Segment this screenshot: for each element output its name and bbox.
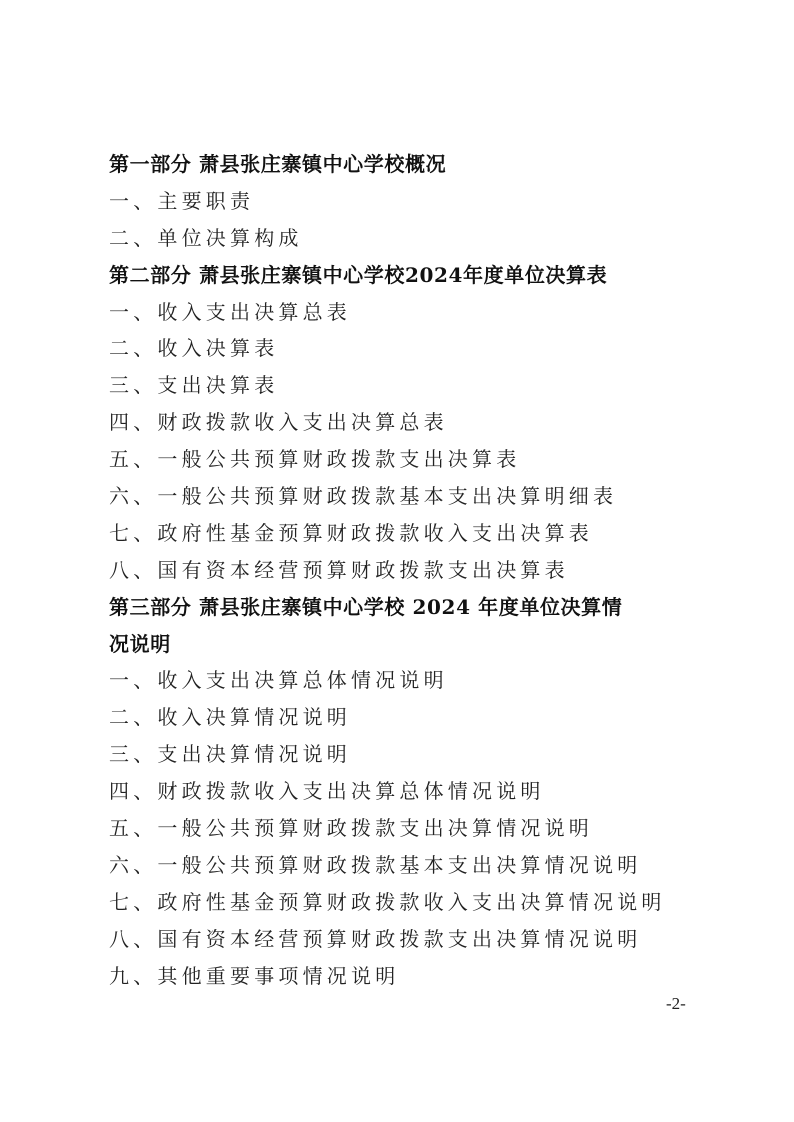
toc-item: 九、其他重要事项情况说明 <box>109 958 709 995</box>
toc-item: 二、收入决算表 <box>109 330 709 367</box>
toc-item: 六、一般公共预算财政拨款基本支出决算情况说明 <box>109 847 709 884</box>
table-of-contents: 第一部分 萧县张庄寨镇中心学校概况 一、主要职责 二、单位决算构成 第二部分 萧… <box>109 146 709 994</box>
toc-item: 三、支出决算情况说明 <box>109 736 709 773</box>
toc-item: 二、收入决算情况说明 <box>109 699 709 736</box>
page-number: -2- <box>666 994 686 1014</box>
toc-item: 一、主要职责 <box>109 183 709 220</box>
toc-part-heading: 第一部分 萧县张庄寨镇中心学校概况 <box>109 146 709 183</box>
toc-item: 七、政府性基金预算财政拨款收入支出决算表 <box>109 515 709 552</box>
document-page: 第一部分 萧县张庄寨镇中心学校概况 一、主要职责 二、单位决算构成 第二部分 萧… <box>0 0 794 1122</box>
toc-item: 八、国有资本经营预算财政拨款支出决算情况说明 <box>109 921 709 958</box>
toc-item: 七、政府性基金预算财政拨款收入支出决算情况说明 <box>109 884 709 921</box>
toc-item: 六、一般公共预算财政拨款基本支出决算明细表 <box>109 478 709 515</box>
toc-item: 五、一般公共预算财政拨款支出决算情况说明 <box>109 810 709 847</box>
toc-item: 二、单位决算构成 <box>109 220 709 257</box>
toc-item: 一、收入支出决算总体情况说明 <box>109 662 709 699</box>
toc-item: 四、财政拨款收入支出决算总表 <box>109 404 709 441</box>
toc-part-heading: 第三部分 萧县张庄寨镇中心学校 2024 年度单位决算情 <box>109 589 709 626</box>
toc-item: 三、支出决算表 <box>109 367 709 404</box>
toc-item: 一、收入支出决算总表 <box>109 294 709 331</box>
toc-item: 四、财政拨款收入支出决算总体情况说明 <box>109 773 709 810</box>
toc-part-heading-continued: 况说明 <box>109 626 709 663</box>
toc-item: 八、国有资本经营预算财政拨款支出决算表 <box>109 552 709 589</box>
toc-item: 五、一般公共预算财政拨款支出决算表 <box>109 441 709 478</box>
toc-part-heading: 第二部分 萧县张庄寨镇中心学校2024年度单位决算表 <box>109 257 709 294</box>
